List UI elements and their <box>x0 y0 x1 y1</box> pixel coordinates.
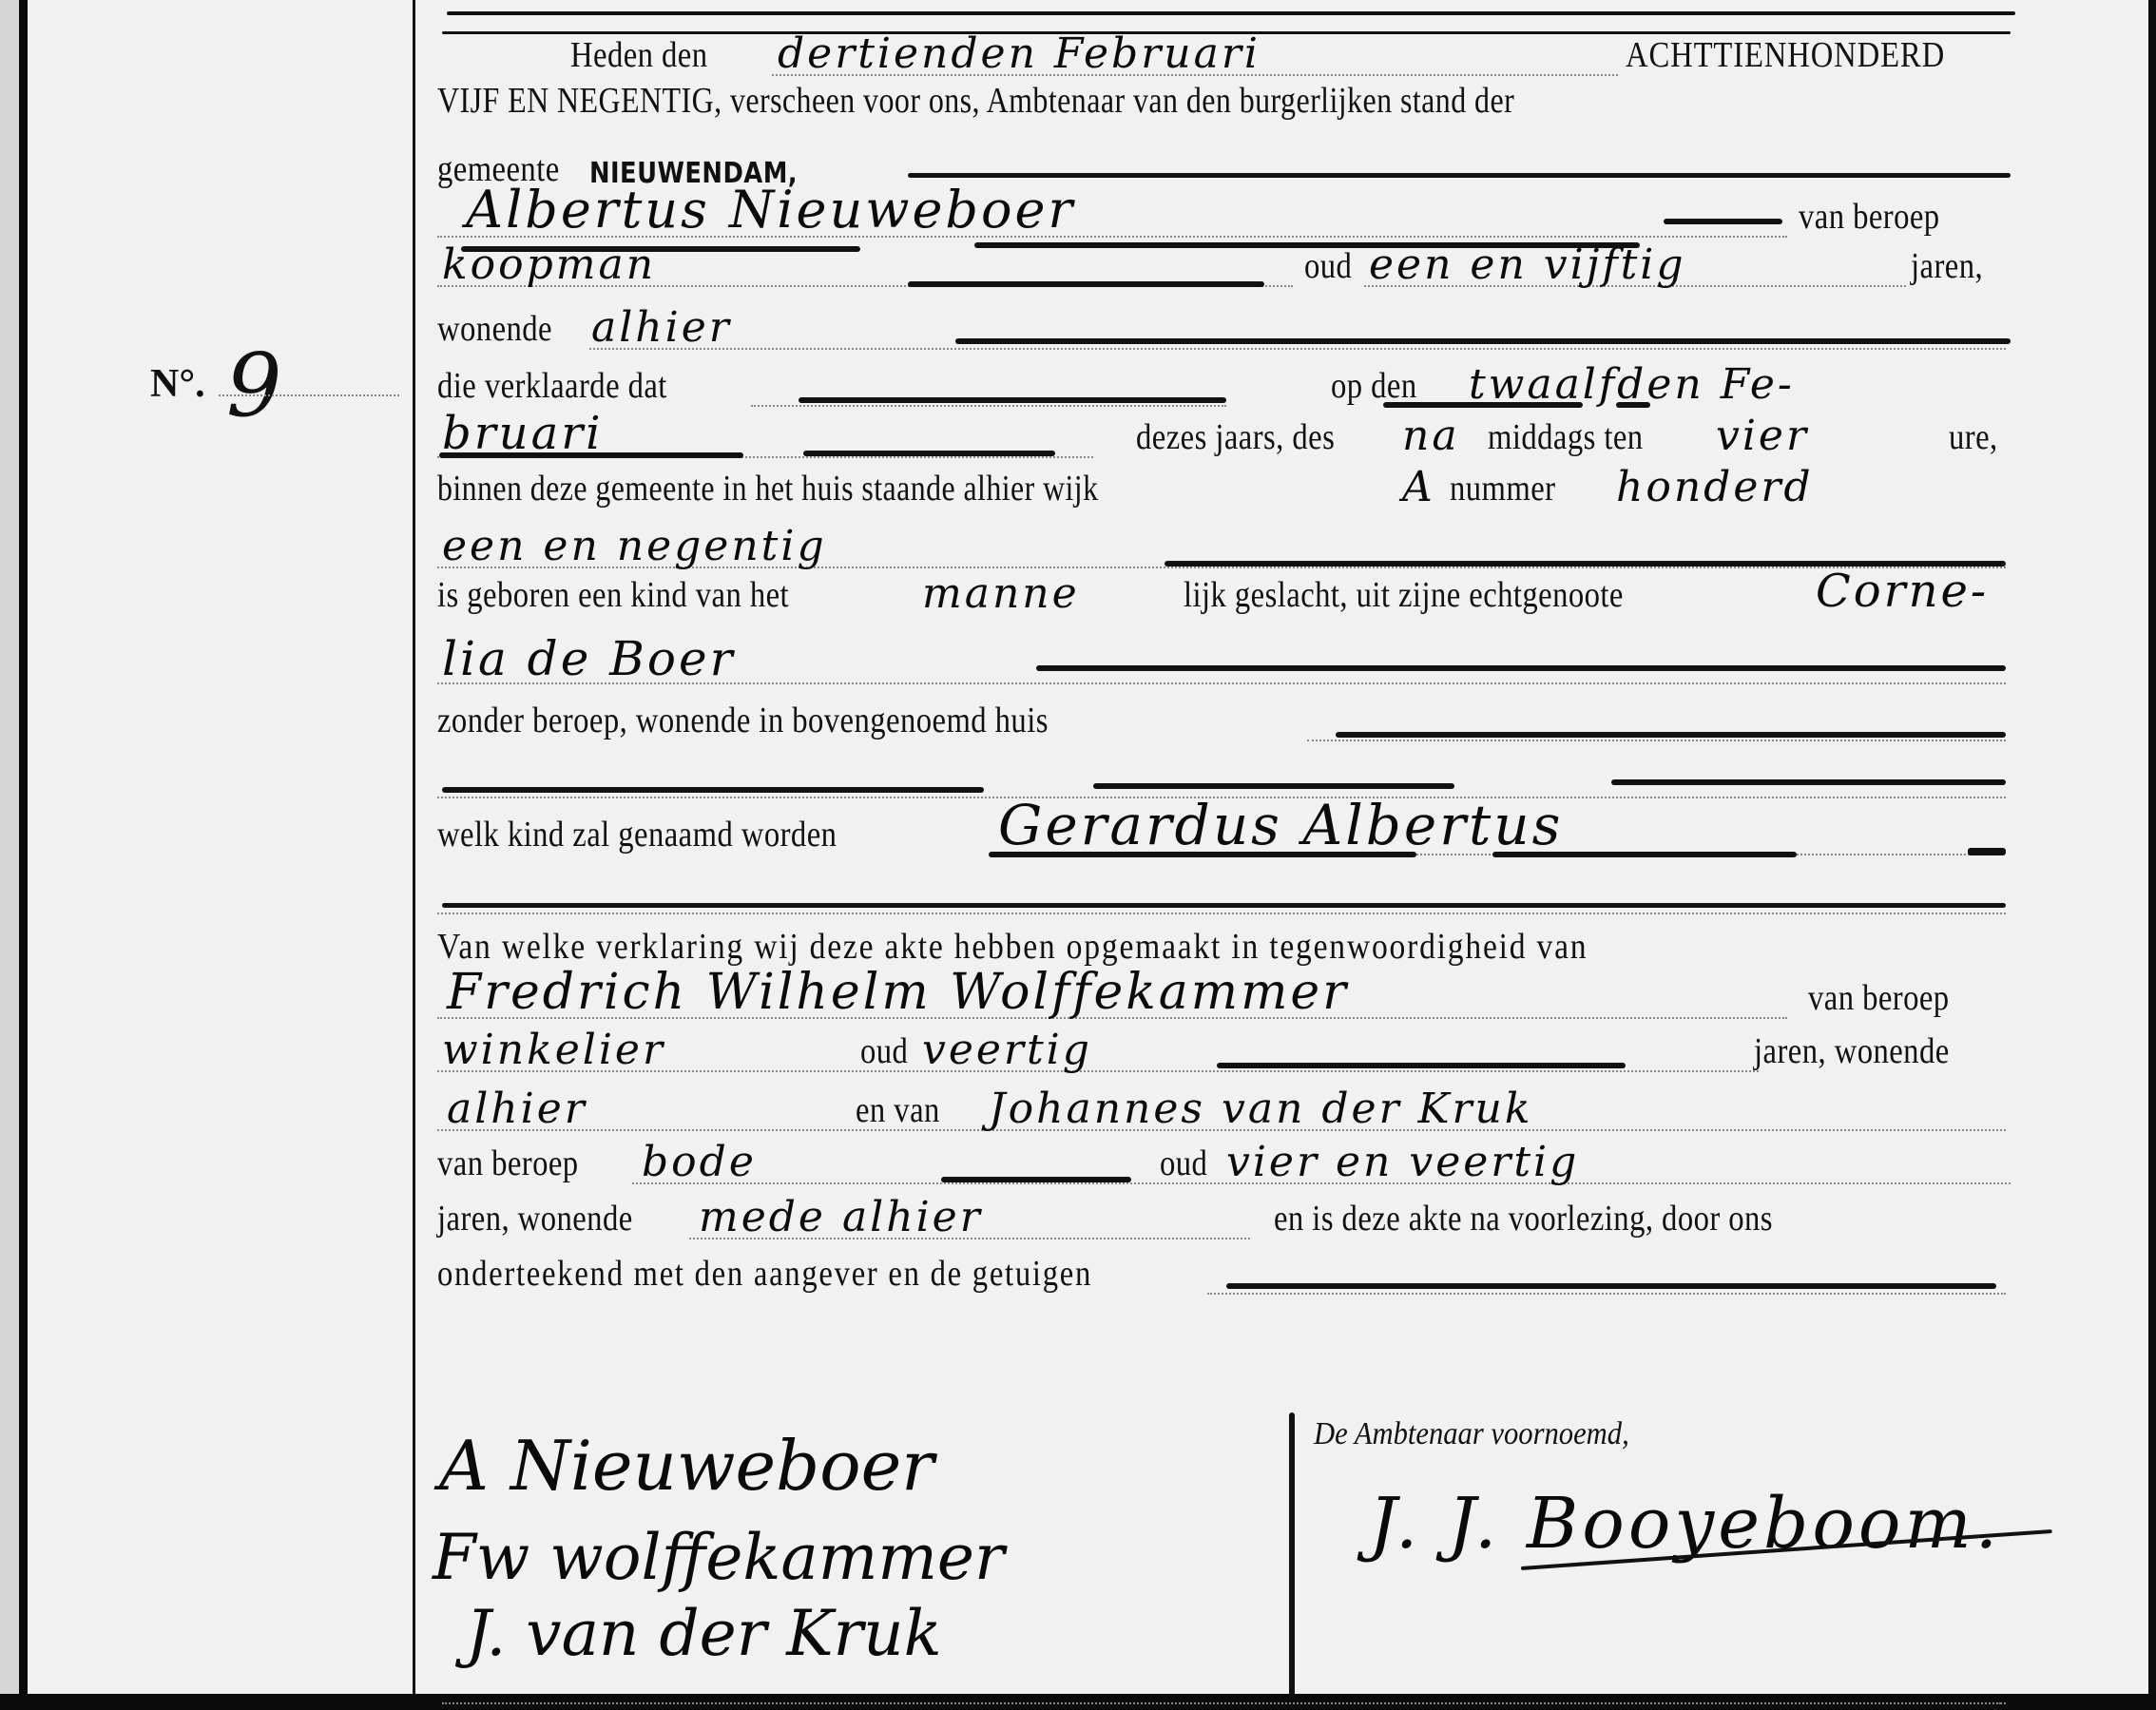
signature-witness-1: Fw wolffekammer <box>433 1521 1005 1594</box>
line-5: koopman oud een en vijftig jaren, <box>437 240 2015 293</box>
signature-official: J. J. Booyeboom. <box>1369 1483 2001 1565</box>
handwritten-mother-name: Corne- <box>1816 565 1989 618</box>
handwritten-witness-1-occupation: winkelier <box>442 1026 665 1074</box>
line-22: jaren, wonende mede alhier en is deze ak… <box>437 1192 2015 1245</box>
fill-rule <box>1968 848 2006 855</box>
handwritten-mother-name-cont: lia de Boer <box>442 631 736 686</box>
printed-text: wonende <box>437 308 552 350</box>
printed-text: oud <box>1304 245 1352 287</box>
printed-text: en is deze akte na voorlezing, door ons <box>1274 1198 1773 1239</box>
left-border-line <box>19 0 28 1701</box>
handwritten-house-number-cont: een en negentig <box>442 522 827 570</box>
printed-text: die verklaarde dat <box>437 365 667 407</box>
printed-text: Van welke verklaring wij deze akte hebbe… <box>437 926 1588 968</box>
line-23: onderteekend met den aangever en de getu… <box>437 1247 2015 1300</box>
printed-text: op den <box>1331 365 1417 407</box>
handwritten-residence: alhier <box>591 303 732 352</box>
line-19: winkelier oud veertig jaren, wonende <box>437 1025 2015 1078</box>
handwritten-time-of-day: na <box>1402 412 1460 460</box>
printed-text: Heden den <box>570 34 708 76</box>
printed-text: ure, <box>1949 416 1998 458</box>
handwritten-witness-2-residence: mede alhier <box>699 1193 983 1241</box>
printed-text: jaren, <box>1911 245 1983 287</box>
fill-dots <box>751 405 1226 407</box>
handwritten-witness-1-age: veertig <box>922 1026 1092 1074</box>
line-16-blank <box>437 867 2015 920</box>
fill-rule <box>1336 732 2006 738</box>
fill-dots <box>1207 1293 2006 1295</box>
fill-dots <box>589 348 2006 350</box>
underline-rule <box>1616 402 1650 408</box>
line-7: die verklaarde dat op den twaalfden Fe- <box>437 359 2015 413</box>
fill-rule <box>1226 1283 1996 1289</box>
handwritten-declarant: Albertus Nieuweboer <box>466 180 1075 240</box>
handwritten-witness-1-residence: alhier <box>447 1085 587 1133</box>
underline-rule <box>989 852 1416 857</box>
printed-text: jaren, wonende <box>437 1198 633 1239</box>
handwritten-date: dertienden Februari <box>778 29 1261 78</box>
printed-text: jaren, wonende <box>1754 1030 1950 1072</box>
fill-dots <box>1307 740 2006 741</box>
printed-text: dezes jaars, des <box>1136 416 1335 458</box>
printed-text: oud <box>860 1030 908 1072</box>
fill-rule <box>941 1177 1131 1182</box>
handwritten-hour: vier <box>1716 412 1809 460</box>
printed-text: en van <box>856 1089 940 1131</box>
handwritten-witness-2: Johannes van der Kruk <box>989 1085 1533 1133</box>
right-page-edge <box>2148 0 2156 1710</box>
line-11: is geboren een kind van het manne lijk g… <box>437 568 2015 622</box>
printed-text: oud <box>1160 1143 1207 1184</box>
printed-text: onderteekend met den aangever en de getu… <box>437 1253 1092 1295</box>
record-number-label: N°. <box>150 361 205 407</box>
fill-rule <box>799 397 1226 403</box>
fill-rule <box>908 281 1264 287</box>
fill-rule <box>1217 1063 1626 1068</box>
fill-rule <box>908 173 2011 178</box>
fill-rule <box>803 451 1055 456</box>
handwritten-house-number: honderd <box>1616 463 1814 511</box>
line-2: VIJF EN NEGENTIG, verscheen voor ons, Am… <box>437 74 2015 127</box>
printed-text: VIJF EN NEGENTIG, verscheen voor ons, Am… <box>437 80 1514 122</box>
printed-text: welk kind zal genaamd worden <box>437 814 837 855</box>
printed-text: van beroep <box>1799 196 1940 238</box>
printed-text: van beroep <box>437 1143 579 1184</box>
line-21: van beroep bode oud vier en veertig <box>437 1137 2015 1190</box>
line-13: zonder beroep, wonende in bovengenoemd h… <box>437 694 2015 747</box>
fill-rule <box>1664 219 1782 224</box>
page-binding-edge <box>0 0 21 1710</box>
handwritten-district: A <box>1402 463 1435 511</box>
underline-rule <box>1492 852 1797 857</box>
handwritten-gender: manne <box>922 569 1080 618</box>
line-18: Fredrich Wilhelm Wolffekammer van beroep <box>437 971 2015 1025</box>
line-20: alhier en van Johannes van der Kruk <box>437 1084 2015 1137</box>
official-caption: De Ambtenaar voornoemd, <box>1314 1416 1629 1452</box>
handwritten-occupation: koopman <box>442 240 656 289</box>
signature-declarant: A Nieuweboer <box>439 1426 934 1506</box>
printed-text: middags ten <box>1488 416 1644 458</box>
fill-dots <box>437 913 2006 914</box>
printed-text: is geboren een kind van het <box>437 574 789 616</box>
printed-text: ACHTTIENHONDERD <box>1626 34 1945 76</box>
handwritten-witness-2-occupation: bode <box>642 1138 757 1186</box>
printed-text: van beroep <box>1808 977 1950 1019</box>
underline-rule <box>439 452 743 458</box>
fill-rule <box>442 903 2006 908</box>
fill-rule <box>1036 665 2006 671</box>
record-number: 9 <box>226 342 282 430</box>
line-6: wonende alhier <box>437 302 2015 355</box>
signature-brace <box>1289 1412 1295 1698</box>
underline-rule <box>1383 402 1583 408</box>
handwritten-child-name: Gerardus Albertus <box>998 793 1563 857</box>
handwritten-witness-1: Fredrich Wilhelm Wolffekammer <box>447 964 1349 1021</box>
fill-rule <box>1093 783 1454 789</box>
signature-witness-2: J. van der Kruk <box>466 1597 942 1670</box>
printed-text: zonder beroep, wonende in bovengenoemd h… <box>437 700 1049 741</box>
margin-rule <box>413 0 415 1694</box>
record-number-dots <box>219 394 399 396</box>
top-rule <box>447 11 2015 15</box>
line-9: binnen deze gemeente in het huis staande… <box>437 462 2015 515</box>
line-4: Albertus Nieuweboer van beroep <box>437 190 2015 243</box>
printed-text: lijk geslacht, uit zijne echtgenoote <box>1184 574 1624 616</box>
line-10: een en negentig <box>437 521 2015 574</box>
fill-rule <box>955 338 2011 344</box>
printed-text: binnen deze gemeente in het huis staande… <box>437 468 1098 509</box>
handwritten-witness-2-age: vier en veertig <box>1226 1138 1579 1186</box>
line-12: lia de Boer <box>437 637 2015 690</box>
handwritten-age: een en vijftig <box>1369 240 1686 289</box>
fill-rule <box>442 787 984 793</box>
fill-rule <box>1611 779 2006 785</box>
printed-text: nummer <box>1450 468 1555 509</box>
